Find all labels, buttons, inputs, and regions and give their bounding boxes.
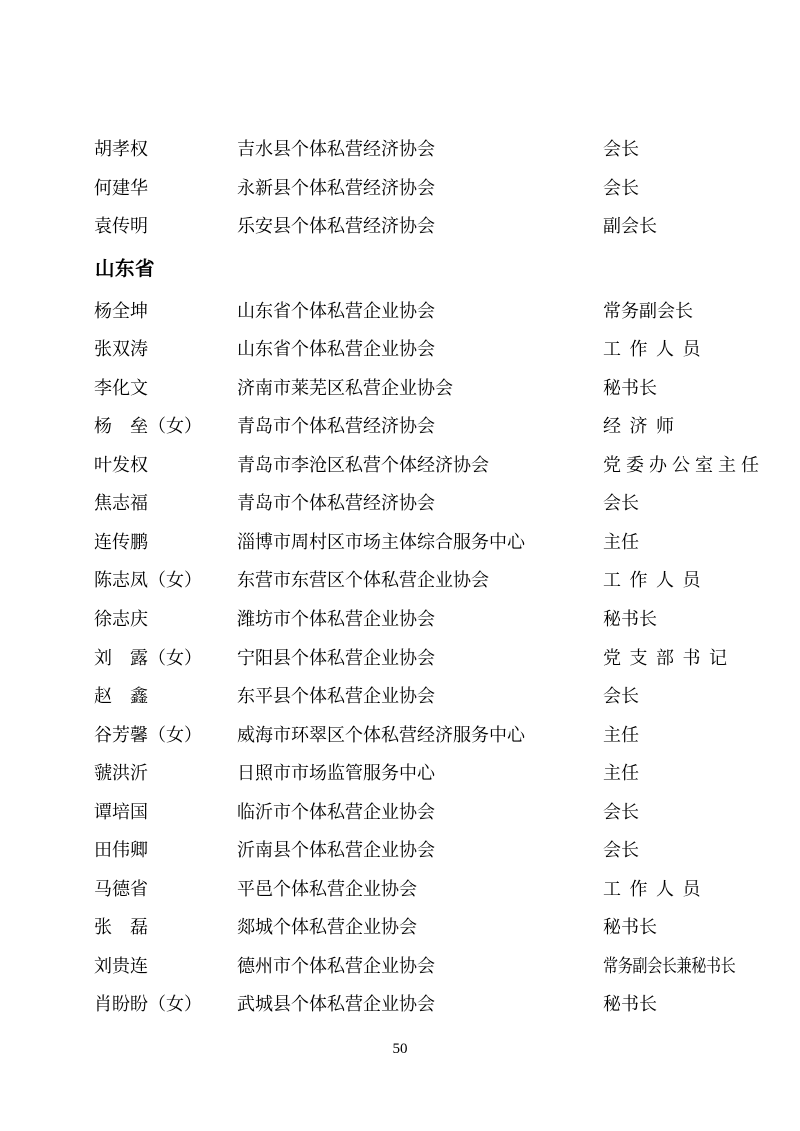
table-row: 杨 垒（女） 青岛市个体私营经济协会 经济师 — [0, 407, 800, 446]
entry-title: 秘书长 — [603, 600, 657, 639]
entry-org: 临沂市个体私营企业协会 — [237, 793, 435, 832]
table-row: 谭培国 临沂市个体私营企业协会 会长 — [0, 793, 800, 832]
entry-name: 谷芳馨（女） — [94, 716, 202, 755]
section-header: 山东省 — [95, 246, 155, 292]
entry-org: 郯城个体私营企业协会 — [237, 908, 417, 947]
entry-name: 谭培国 — [94, 793, 148, 832]
entry-org: 山东省个体私营企业协会 — [237, 292, 435, 331]
table-row: 李化文 济南市莱芜区私营企业协会 秘书长 — [0, 369, 800, 408]
entry-name: 徐志庆 — [94, 600, 148, 639]
entry-name: 刘 露（女） — [94, 639, 202, 678]
entry-title: 工作人员 — [603, 561, 709, 600]
entry-name: 何建华 — [94, 169, 148, 208]
entry-name: 虢洪沂 — [94, 754, 148, 793]
entry-org: 永新县个体私营经济协会 — [237, 169, 435, 208]
entry-name: 刘贵连 — [94, 947, 148, 986]
entry-name: 张 磊 — [94, 908, 148, 947]
entry-title: 工作人员 — [603, 870, 709, 909]
entry-org: 青岛市个体私营经济协会 — [237, 484, 435, 523]
table-row: 杨全坤 山东省个体私营企业协会 常务副会长 — [0, 292, 800, 331]
table-row: 刘 露（女） 宁阳县个体私营企业协会 党支部书记 — [0, 639, 800, 678]
table-row: 虢洪沂 日照市市场监管服务中心 主任 — [0, 754, 800, 793]
table-row: 胡孝权 吉水县个体私营经济协会 会长 — [0, 130, 800, 169]
entry-title: 会长 — [603, 130, 639, 169]
entry-title: 秘书长 — [603, 985, 657, 1024]
entry-title: 主任 — [603, 523, 639, 562]
entry-name: 张双涛 — [94, 330, 148, 369]
entry-name: 肖盼盼（女） — [94, 985, 202, 1024]
table-row: 张双涛 山东省个体私营企业协会 工作人员 — [0, 330, 800, 369]
entry-title: 秘书长 — [603, 369, 657, 408]
entry-name: 叶发权 — [94, 446, 148, 485]
entry-org: 日照市市场监管服务中心 — [237, 754, 435, 793]
entry-name: 胡孝权 — [94, 130, 148, 169]
table-row: 焦志福 青岛市个体私营经济协会 会长 — [0, 484, 800, 523]
entry-org: 青岛市李沧区私营个体经济协会 — [237, 446, 489, 485]
entry-title: 常务副会长兼秘书长 — [603, 947, 735, 986]
entry-title: 副会长 — [603, 207, 657, 246]
entry-title: 会长 — [603, 169, 639, 208]
table-row: 连传鹏 淄博市周村区市场主体综合服务中心 主任 — [0, 523, 800, 562]
entry-name: 杨全坤 — [94, 292, 148, 331]
roster-list: 胡孝权 吉水县个体私营经济协会 会长 何建华 永新县个体私营经济协会 会长 袁传… — [0, 130, 800, 1024]
table-row: 谷芳馨（女） 威海市环翠区个体私营经济服务中心 主任 — [0, 716, 800, 755]
table-row: 刘贵连 德州市个体私营企业协会 常务副会长兼秘书长 — [0, 947, 800, 986]
entry-org: 平邑个体私营企业协会 — [237, 870, 417, 909]
entry-name: 连传鹏 — [94, 523, 148, 562]
entry-title: 会长 — [603, 831, 639, 870]
entry-org: 威海市环翠区个体私营经济服务中心 — [237, 716, 525, 755]
entry-org: 淄博市周村区市场主体综合服务中心 — [237, 523, 525, 562]
entry-name: 陈志凤（女） — [94, 561, 202, 600]
entry-title: 党支部书记 — [603, 639, 736, 678]
page-number: 50 — [0, 1040, 800, 1058]
table-row: 何建华 永新县个体私营经济协会 会长 — [0, 169, 800, 208]
entry-title: 党委办公室主任 — [603, 446, 764, 485]
entry-title: 会长 — [603, 793, 639, 832]
table-row: 张 磊 郯城个体私营企业协会 秘书长 — [0, 908, 800, 947]
entry-org: 东平县个体私营企业协会 — [237, 677, 435, 716]
entry-org: 武城县个体私营企业协会 — [237, 985, 435, 1024]
table-row: 徐志庆 潍坊市个体私营企业协会 秘书长 — [0, 600, 800, 639]
table-row: 马德省 平邑个体私营企业协会 工作人员 — [0, 870, 800, 909]
entry-org: 东营市东营区个体私营企业协会 — [237, 561, 489, 600]
entry-org: 吉水县个体私营经济协会 — [237, 130, 435, 169]
entry-name: 杨 垒（女） — [94, 407, 202, 446]
table-row: 肖盼盼（女） 武城县个体私营企业协会 秘书长 — [0, 985, 800, 1024]
entry-title: 秘书长 — [603, 908, 657, 947]
table-row: 叶发权 青岛市李沧区私营个体经济协会 党委办公室主任 — [0, 446, 800, 485]
entry-org: 德州市个体私营企业协会 — [237, 947, 435, 986]
entry-name: 李化文 — [94, 369, 148, 408]
entry-name: 马德省 — [94, 870, 148, 909]
entry-org: 沂南县个体私营企业协会 — [237, 831, 435, 870]
document-page: 胡孝权 吉水县个体私营经济协会 会长 何建华 永新县个体私营经济协会 会长 袁传… — [0, 0, 800, 1131]
entry-org: 济南市莱芜区私营企业协会 — [237, 369, 453, 408]
entry-name: 田伟卿 — [94, 831, 148, 870]
table-row: 袁传明 乐安县个体私营经济协会 副会长 — [0, 207, 800, 246]
entry-org: 山东省个体私营企业协会 — [237, 330, 435, 369]
entry-title: 主任 — [603, 754, 639, 793]
entry-title: 经济师 — [603, 407, 683, 446]
section-row: 山东省 — [0, 246, 800, 292]
entry-org: 宁阳县个体私营企业协会 — [237, 639, 435, 678]
entry-org: 潍坊市个体私营企业协会 — [237, 600, 435, 639]
entry-title: 工作人员 — [603, 330, 709, 369]
entry-name: 赵 鑫 — [94, 677, 148, 716]
entry-title: 会长 — [603, 484, 639, 523]
table-row: 陈志凤（女） 东营市东营区个体私营企业协会 工作人员 — [0, 561, 800, 600]
entry-name: 焦志福 — [94, 484, 148, 523]
entry-title: 主任 — [603, 716, 639, 755]
entry-title: 常务副会长 — [603, 292, 693, 331]
table-row: 田伟卿 沂南县个体私营企业协会 会长 — [0, 831, 800, 870]
entry-org: 青岛市个体私营经济协会 — [237, 407, 435, 446]
entry-name: 袁传明 — [94, 207, 148, 246]
table-row: 赵 鑫 东平县个体私营企业协会 会长 — [0, 677, 800, 716]
entry-title: 会长 — [603, 677, 639, 716]
entry-org: 乐安县个体私营经济协会 — [237, 207, 435, 246]
